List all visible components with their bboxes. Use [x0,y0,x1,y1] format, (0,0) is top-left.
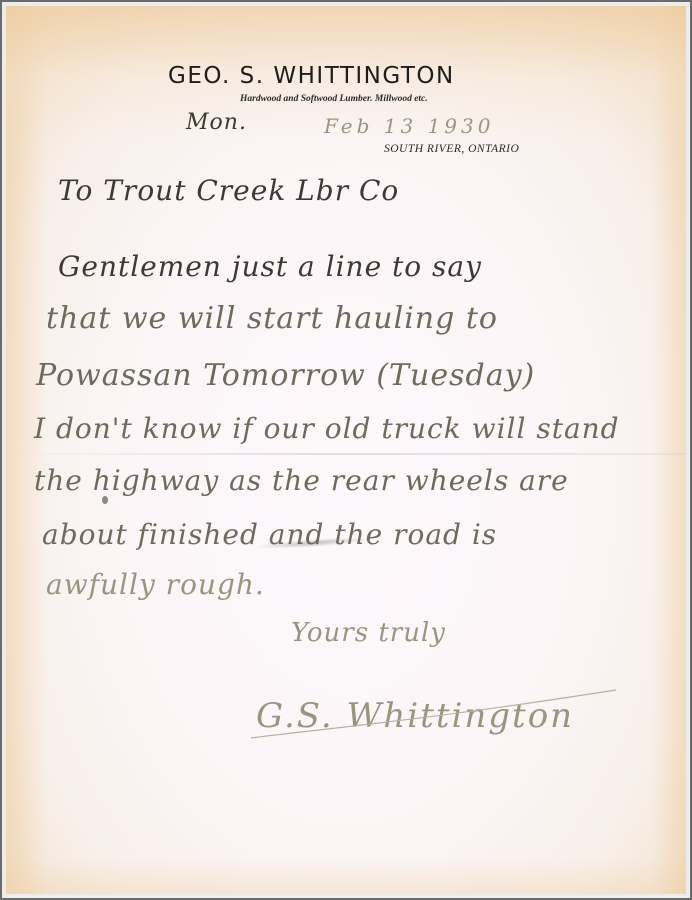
scan-frame: GEO. S. WHITTINGTON Hardwood and Softwoo… [2,2,690,898]
letter-line: that we will start hauling to [46,301,498,336]
letter-line: the highway as the rear wheels are [34,464,569,497]
letter-line: awfully rough. [46,568,265,601]
letter-paper: GEO. S. WHITTINGTON Hardwood and Softwoo… [6,6,686,894]
letterhead-subtitle: Hardwood and Softwood Lumber. Millwood e… [240,94,428,104]
letterhead-place: SOUTH RIVER, ONTARIO [384,143,519,155]
letter-line: Gentlemen just a line to say [58,250,482,283]
paper-fold-crease [6,453,686,455]
signature-flourish-icon [251,686,621,746]
date-day: Mon. [186,110,247,135]
letter-line: I don't know if our old truck will stand [34,412,620,445]
date-value: Feb 13 1930 [324,114,494,138]
letter-closing: Yours truly [291,618,446,648]
letter-line: Powassan Tomorrow (Tuesday) [36,358,535,393]
ink-spot [102,496,108,504]
letterhead-name: GEO. S. WHITTINGTON [168,63,548,89]
salutation-recipient: To Trout Creek Lbr Co [58,174,399,207]
